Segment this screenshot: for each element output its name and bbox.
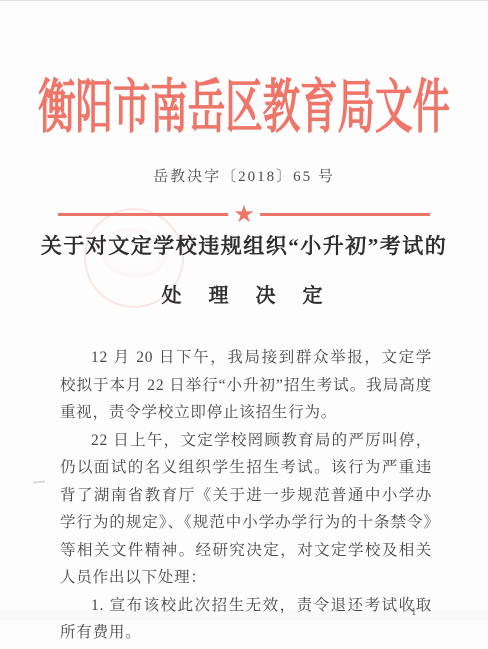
document-title-line1: 关于对文定学校违规组织“小升初”考试的 [0,230,488,260]
scan-artifact-dash [33,481,45,484]
scanned-document-page: { "colors": { "accent_red": "#ef7568", "… [0,0,488,649]
page-number: 1 [411,606,417,618]
document-title-line2: 处 理 决 定 [0,279,488,308]
document-title: 关于对文定学校违规组织“小升初”考试的 处 理 决 定 [0,230,488,308]
document-body: 12 月 20 日下午，我局接到群众举报，文定学校拟于本月 22 日举行“小升初… [60,344,432,647]
document-header-banner: 衡阳市南岳区教育局文件 [0,76,488,142]
issuing-authority-title: 衡阳市南岳区教育局文件 [38,72,450,146]
red-rule-right-segment [260,213,430,216]
body-paragraph: 12 月 20 日下午，我局接到群众举报，文定学校拟于本月 22 日举行“小升初… [60,344,432,427]
star-icon: ★ [233,206,255,222]
document-reference-number: 岳教决字〔2018〕65 号 [0,165,488,186]
scanner-edge-line [0,0,488,1]
body-paragraph: 22 日上午，文定学校罔顾教育局的严厉叫停，仍以面试的名义组织学生招生考试。该行… [60,427,432,592]
